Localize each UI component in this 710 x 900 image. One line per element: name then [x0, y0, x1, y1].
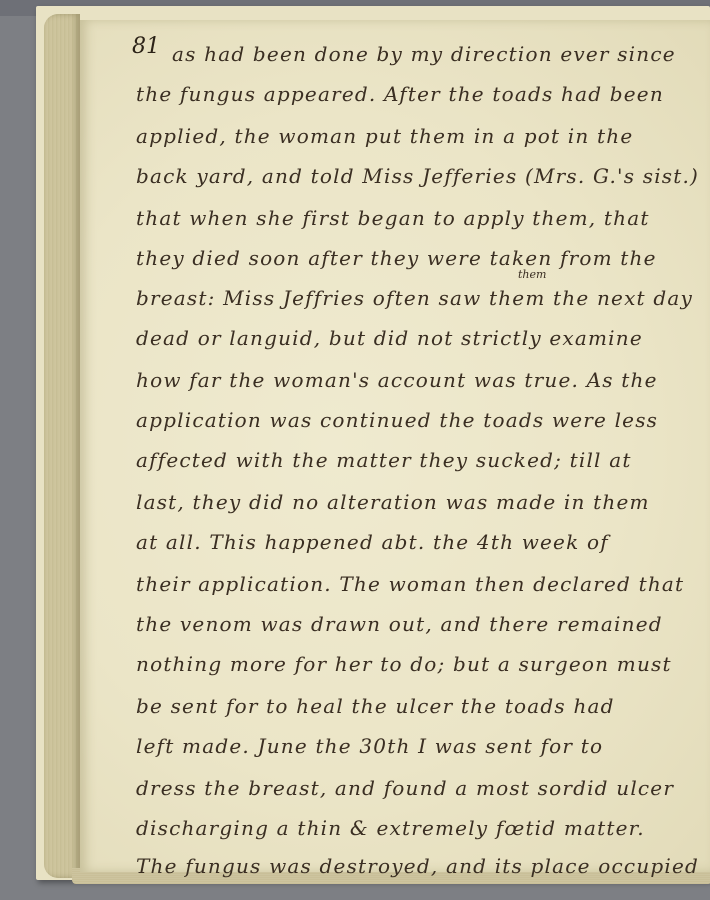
- text-line: back yard, and told Miss Jefferies (Mrs.…: [136, 164, 699, 188]
- text-line: the fungus appeared. After the toads had…: [136, 82, 664, 106]
- text-line: discharging a thin & extremely fœtid mat…: [136, 816, 645, 840]
- text-line: the venom was drawn out, and there remai…: [136, 612, 663, 636]
- interlinear-insertion: them: [518, 268, 546, 281]
- page-edges-left: [44, 14, 80, 878]
- text-line: applied, the woman put them in a pot in …: [136, 124, 633, 148]
- text-line: application was continued the toads were…: [136, 408, 658, 432]
- text-line: they died soon after they were taken fro…: [136, 246, 657, 270]
- text-line: that when she first began to apply them,…: [136, 206, 650, 230]
- text-line: last, they did no alteration was made in…: [136, 490, 650, 514]
- text-line: left made. June the 30th I was sent for …: [136, 734, 603, 758]
- text-line: how far the woman's account was true. As…: [136, 368, 658, 392]
- text-line: dress the breast, and found a most sordi…: [136, 776, 674, 800]
- manuscript-book: 81 as had been done by my direction ever…: [36, 6, 710, 884]
- text-line: The fungus was destroyed, and its place …: [136, 854, 699, 878]
- text-line: affected with the matter they sucked; ti…: [136, 448, 632, 472]
- manuscript-page: 81 as had been done by my direction ever…: [80, 20, 710, 872]
- text-line: dead or languid, but did not strictly ex…: [136, 326, 643, 350]
- text-line: their application. The woman then declar…: [136, 572, 684, 596]
- text-line: be sent for to heal the ulcer the toads …: [136, 694, 615, 718]
- text-line: nothing more for her to do; but a surgeo…: [136, 652, 672, 676]
- page-number: 81: [132, 34, 160, 59]
- text-line: as had been done by my direction ever si…: [172, 42, 676, 66]
- text-line: breast: Miss Jeffries often saw them the…: [136, 286, 693, 310]
- text-line: at all. This happened abt. the 4th week …: [136, 530, 609, 554]
